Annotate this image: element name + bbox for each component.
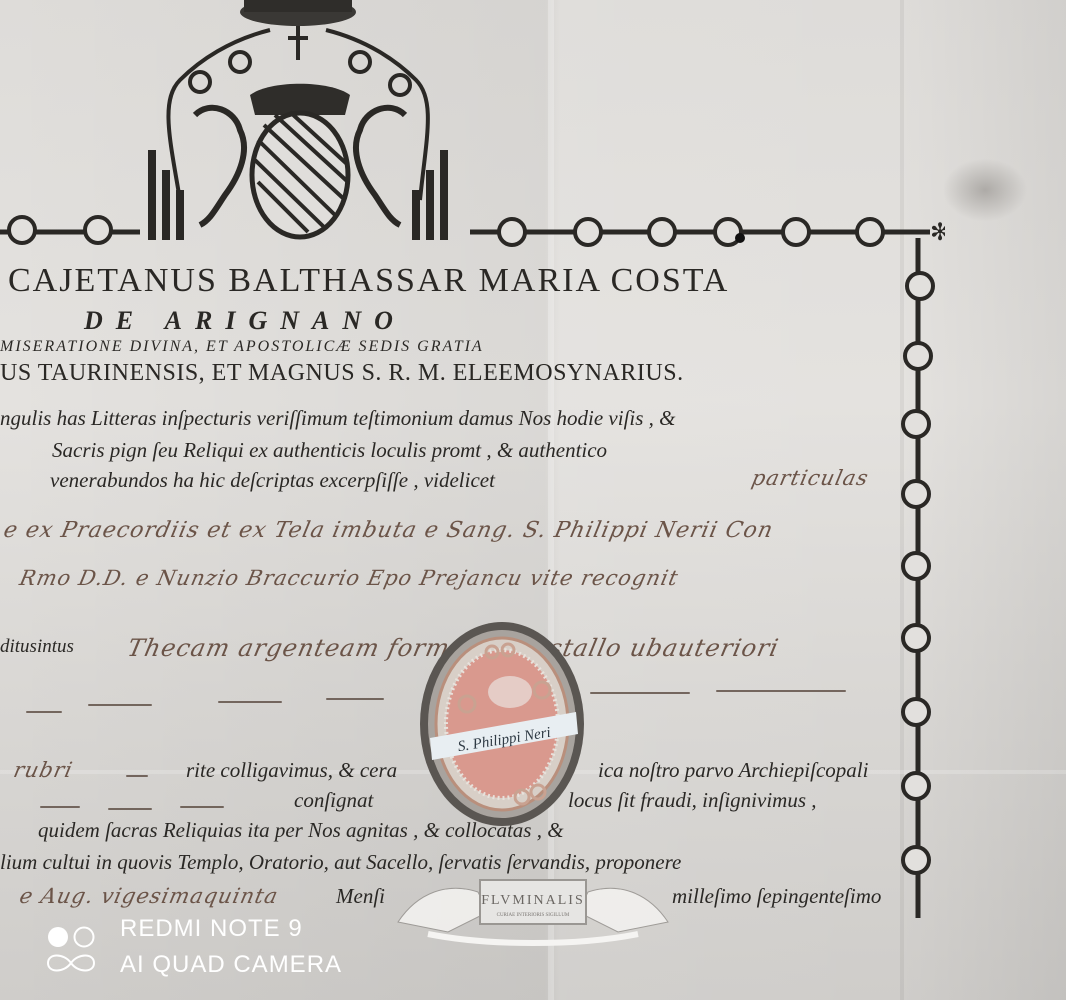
filler-dash (326, 698, 384, 700)
filler-dash (108, 808, 152, 810)
seal-subtext: CURIAE INTERIORIS SIGILLUM (497, 913, 570, 918)
embossed-seal-stamp: FLVMINALIS CURIAE INTERIORIS SIGILLUM (388, 862, 678, 946)
filler-dash (180, 806, 224, 808)
document-photo: ✻ CAJETANUS BALTHASSAR MARIA COSTA DE AR… (0, 0, 1066, 1000)
reliquary-locket: S. Philippi Neri (412, 612, 592, 832)
camera-lens-logo-icon (44, 925, 100, 977)
ornamental-border-right (898, 238, 948, 918)
printed-line: ditusintus (0, 636, 74, 658)
document-title-office: US TAURINENSIS, ET MAGNUS S. R. M. ELEEM… (0, 360, 684, 387)
watermark-camera: AI QUAD CAMERA (120, 951, 342, 979)
handwritten-line: rubri (11, 758, 75, 782)
document-title-name: CAJETANUS BALTHASSAR MARIA COSTA (8, 262, 729, 300)
filler-dash (126, 775, 148, 777)
printed-line: Sacris pign ſeu Reliqui ex authenticis l… (52, 438, 607, 463)
filler-dash (26, 711, 62, 713)
handwritten-line: Rmo D.D. e Nunzio Braccurio Epo Prejancu… (17, 566, 680, 590)
filler-dash (218, 701, 282, 703)
handwritten-line: e ex Praecordiis et ex Tela imbuta e San… (1, 518, 775, 543)
document-title-grace: MISERATIONE DIVINA, ET APOSTOLICÆ SEDIS … (0, 338, 484, 356)
filler-dash (88, 704, 152, 706)
printed-line: Menſi (336, 884, 385, 909)
document-title-place: DE ARIGNANO (84, 306, 406, 336)
printed-line: ngulis has Litteras inſpecturis veriſſim… (0, 406, 676, 431)
watermark-device: REDMI NOTE 9 (120, 915, 303, 943)
handwritten-line: particulas (749, 466, 871, 490)
filler-dash (590, 692, 690, 694)
filler-dash (40, 806, 80, 808)
printed-line: milleſimo ſepingenteſimo (672, 884, 881, 909)
coat-of-arms-icon (140, 0, 470, 245)
handwritten-line: e Aug. vigesimaquinta (17, 884, 280, 908)
printed-line: rite colligavimus, & cera (186, 758, 397, 783)
seal-text: FLVMINALIS (481, 893, 585, 908)
printed-line: venerabundos ha hic deſcriptas excerpſiſ… (50, 468, 495, 493)
printed-line: conſignat (294, 788, 373, 813)
ornamental-border-top: ✻ (0, 212, 945, 248)
printed-line: locus ſit fraudi, inſignivimus , (568, 788, 817, 813)
printed-line: ica noſtro parvo Archiepiſcopali (598, 758, 868, 783)
filler-dash (716, 690, 846, 692)
